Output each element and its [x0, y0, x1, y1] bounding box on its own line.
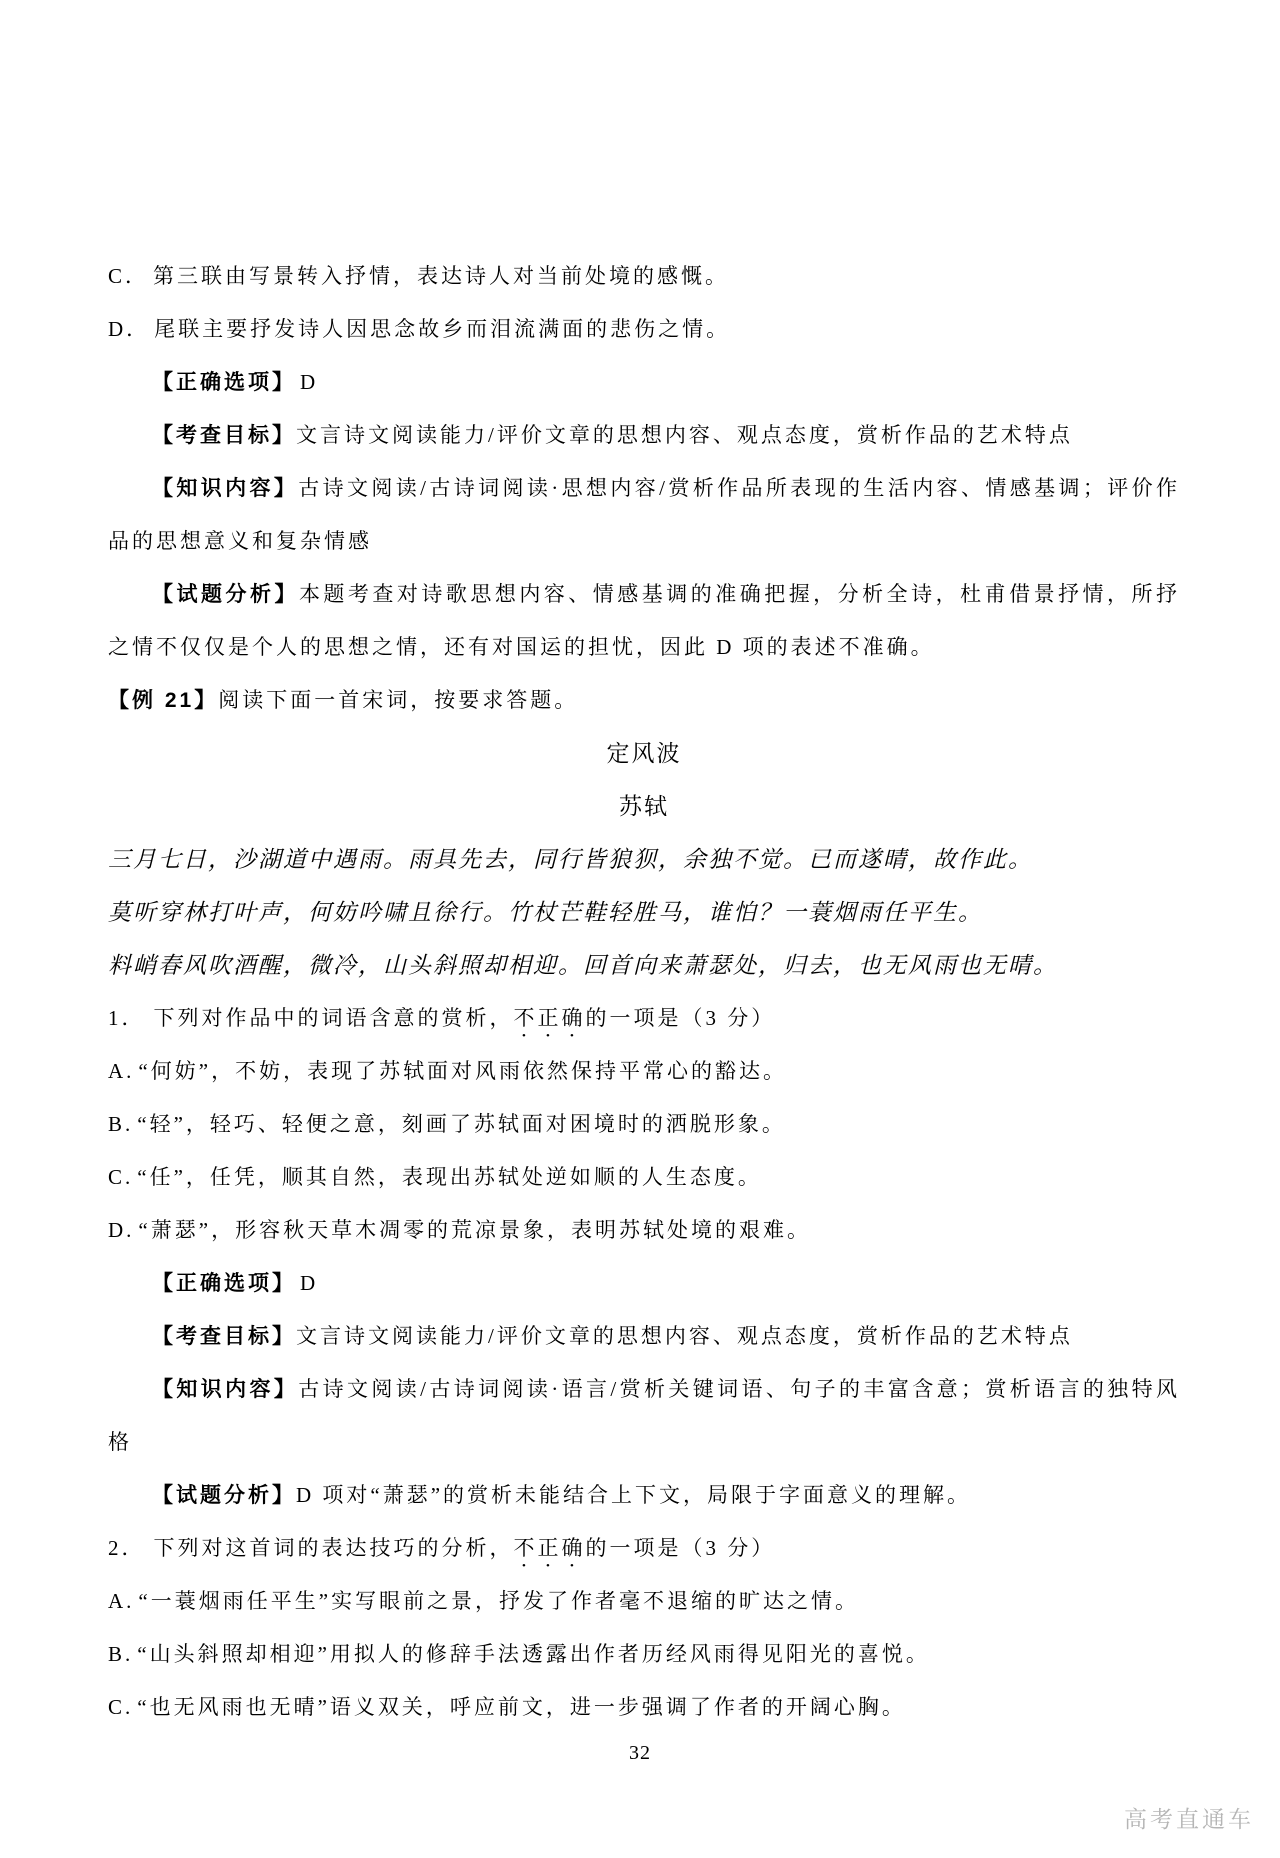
question-1-option-b: B.“轻”，轻巧、轻便之意，刻画了苏轼面对困境时的洒脱形象。 — [108, 1098, 1180, 1151]
option-label: A. — [108, 1589, 134, 1613]
stem-emphasis: 不正确 — [514, 1006, 586, 1030]
target-tag: 【考查目标】 — [152, 1325, 296, 1348]
prev-analysis-line: 【试题分析】本题考查对诗歌思想内容、情感基调的准确把握，分析全诗，杜甫借景抒情，… — [108, 568, 1180, 674]
question-2-stem: 2．下列对这首词的表达技巧的分析，不正确的一项是（3 分） — [108, 1522, 1180, 1575]
answer-tag: 【正确选项】 — [152, 1272, 296, 1295]
prev-answer-line: 【正确选项】D — [108, 356, 1180, 409]
stem-emphasis: 不正确 — [514, 1536, 586, 1560]
page-number: 32 — [0, 1742, 1280, 1765]
option-label: C. — [108, 1695, 133, 1719]
watermark: 高考直通车 — [1124, 1801, 1254, 1834]
stem-text: 的一项是（3 分） — [586, 1536, 776, 1560]
analysis-tag: 【试题分析】 — [152, 583, 299, 606]
question-1-answer-line: 【正确选项】D — [108, 1257, 1180, 1310]
document-content: C．第三联由写景转入抒情，表达诗人对当前处境的感慨。 D．尾联主要抒发诗人因思念… — [108, 250, 1180, 1734]
option-label: D． — [108, 317, 150, 341]
prev-option-c: C．第三联由写景转入抒情，表达诗人对当前处境的感慨。 — [108, 250, 1180, 303]
option-label: B. — [108, 1112, 133, 1136]
poem-preface: 三月七日，沙湖道中遇雨。雨具先去，同行皆狼狈，余独不觉。已而遂晴，故作此。 — [108, 833, 1180, 886]
question-2-option-c: C.“也无风雨也无晴”语义双关，呼应前文，进一步强调了作者的开阔心胸。 — [108, 1681, 1180, 1734]
analysis-text: D 项对“萧瑟”的赏析未能结合上下文，局限于字面意义的理解。 — [296, 1483, 971, 1507]
poem-stanza-2: 料峭春风吹酒醒，微冷，山头斜照却相迎。回首向来萧瑟处，归去，也无风雨也无晴。 — [108, 939, 1180, 992]
prev-knowledge-line: 【知识内容】古诗文阅读/古诗词阅读·思想内容/赏析作品所表现的生活内容、情感基调… — [108, 462, 1180, 568]
option-label: D. — [108, 1218, 134, 1242]
poem-author: 苏轼 — [108, 780, 1180, 833]
option-text: 第三联由写景转入抒情，表达诗人对当前处境的感慨。 — [153, 264, 729, 288]
stem-text: 的一项是（3 分） — [586, 1006, 776, 1030]
answer-value: D — [300, 370, 318, 394]
option-text: “任”，任凭，顺其自然，表现出苏轼处逆如顺的人生态度。 — [137, 1165, 762, 1189]
option-label: C． — [108, 264, 149, 288]
option-label: A. — [108, 1059, 134, 1083]
question-1-analysis-line: 【试题分析】D 项对“萧瑟”的赏析未能结合上下文，局限于字面意义的理解。 — [108, 1469, 1180, 1522]
option-text: “何妨”，不妨，表现了苏轼面对风雨依然保持平常心的豁达。 — [138, 1059, 787, 1083]
knowledge-tag: 【知识内容】 — [152, 1378, 298, 1401]
question-1-stem: 1．下列对作品中的词语含意的赏析，不正确的一项是（3 分） — [108, 992, 1180, 1045]
question-1-option-a: A.“何妨”，不妨，表现了苏轼面对风雨依然保持平常心的豁达。 — [108, 1045, 1180, 1098]
question-1-target-line: 【考查目标】文言诗文阅读能力/评价文章的思想内容、观点态度，赏析作品的艺术特点 — [108, 1310, 1180, 1363]
option-label: C. — [108, 1165, 133, 1189]
answer-value: D — [300, 1271, 318, 1295]
question-number: 2． — [108, 1536, 146, 1560]
stem-text: 下列对这首词的表达技巧的分析， — [154, 1536, 514, 1560]
option-text: “也无风雨也无晴”语义双关，呼应前文，进一步强调了作者的开阔心胸。 — [137, 1695, 906, 1719]
question-2-option-a: A.“一蓑烟雨任平生”实写眼前之景，抒发了作者毫不退缩的旷达之情。 — [108, 1575, 1180, 1628]
question-1-option-c: C.“任”，任凭，顺其自然，表现出苏轼处逆如顺的人生态度。 — [108, 1151, 1180, 1204]
target-text: 文言诗文阅读能力/评价文章的思想内容、观点态度，赏析作品的艺术特点 — [296, 423, 1073, 447]
question-1-option-d: D.“萧瑟”，形容秋天草木凋零的荒凉景象，表明苏轼处境的艰难。 — [108, 1204, 1180, 1257]
example-text: 阅读下面一首宋词，按要求答题。 — [218, 688, 578, 712]
question-1-knowledge-line: 【知识内容】古诗文阅读/古诗词阅读·语言/赏析关键词语、句子的丰富含意；赏析语言… — [108, 1363, 1180, 1469]
answer-tag: 【正确选项】 — [152, 371, 296, 394]
poem-title: 定风波 — [108, 727, 1180, 780]
prev-option-d: D．尾联主要抒发诗人因思念故乡而泪流满面的悲伤之情。 — [108, 303, 1180, 356]
target-text: 文言诗文阅读能力/评价文章的思想内容、观点态度，赏析作品的艺术特点 — [296, 1324, 1073, 1348]
question-2-option-b: B.“山头斜照却相迎”用拟人的修辞手法透露出作者历经风雨得见阳光的喜悦。 — [108, 1628, 1180, 1681]
example-heading: 【例 21】阅读下面一首宋词，按要求答题。 — [108, 674, 1180, 727]
option-text: “一蓑烟雨任平生”实写眼前之景，抒发了作者毫不退缩的旷达之情。 — [138, 1589, 859, 1613]
analysis-tag: 【试题分析】 — [152, 1484, 296, 1507]
option-text: “轻”，轻巧、轻便之意，刻画了苏轼面对困境时的洒脱形象。 — [137, 1112, 786, 1136]
question-number: 1． — [108, 1006, 146, 1030]
knowledge-tag: 【知识内容】 — [152, 477, 298, 500]
option-text: “山头斜照却相迎”用拟人的修辞手法透露出作者历经风雨得见阳光的喜悦。 — [137, 1642, 930, 1666]
prev-target-line: 【考查目标】文言诗文阅读能力/评价文章的思想内容、观点态度，赏析作品的艺术特点 — [108, 409, 1180, 462]
stem-text: 下列对作品中的词语含意的赏析， — [154, 1006, 514, 1030]
option-label: B. — [108, 1642, 133, 1666]
option-text: 尾联主要抒发诗人因思念故乡而泪流满面的悲伤之情。 — [154, 317, 730, 341]
target-tag: 【考查目标】 — [152, 424, 296, 447]
example-tag: 【例 21】 — [108, 689, 218, 712]
poem-stanza-1: 莫听穿林打叶声，何妨吟啸且徐行。竹杖芒鞋轻胜马，谁怕？一蓑烟雨任平生。 — [108, 886, 1180, 939]
option-text: “萧瑟”，形容秋天草木凋零的荒凉景象，表明苏轼处境的艰难。 — [138, 1218, 811, 1242]
